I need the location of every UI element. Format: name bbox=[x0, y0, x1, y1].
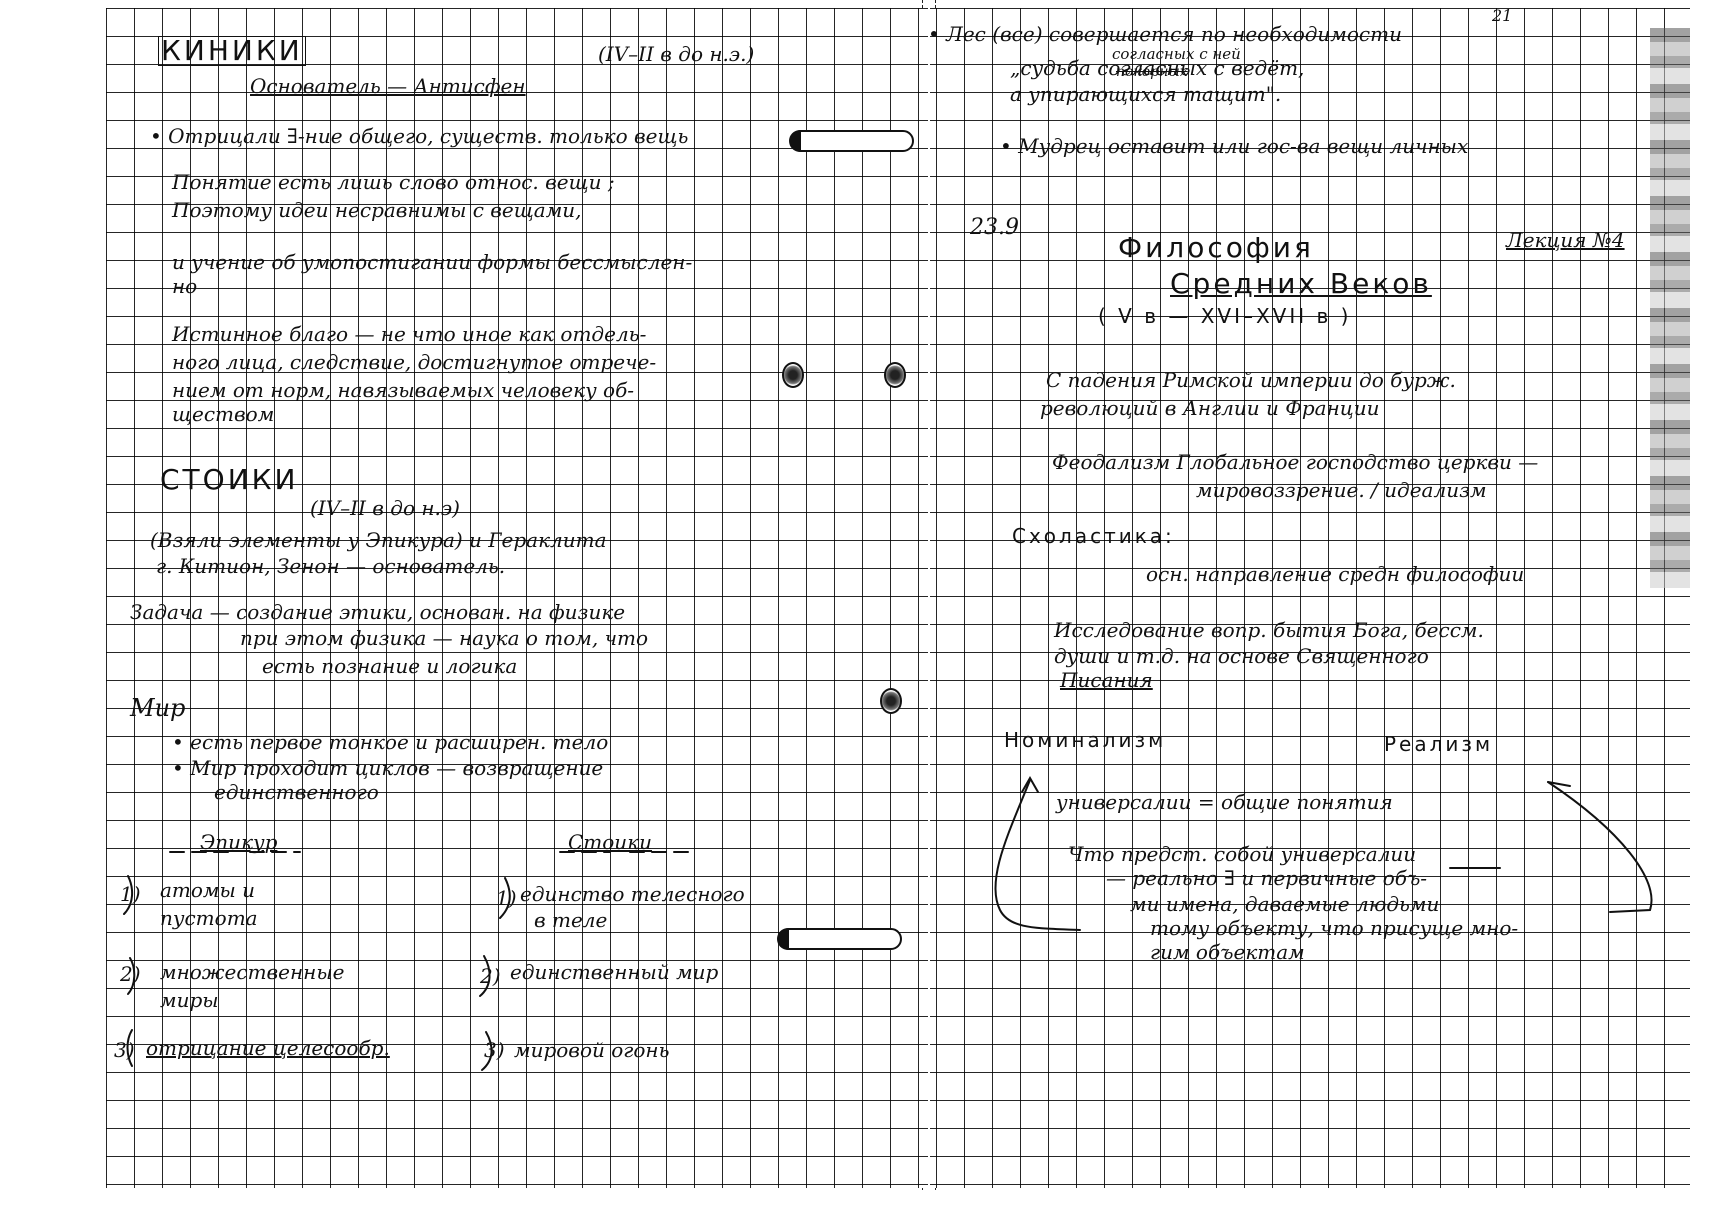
epicurus-item-1-num: 1) bbox=[120, 880, 141, 908]
right-page bbox=[930, 8, 1690, 1188]
cynics-line-2: Понятие есть лишь слово относ. вещи ; bbox=[172, 168, 615, 196]
binder-hole-top bbox=[790, 130, 914, 152]
epicurus-header: Эпикур bbox=[200, 828, 277, 856]
stoics-title: СТОИКИ bbox=[160, 466, 298, 494]
page-number: 21 bbox=[1492, 2, 1512, 30]
lecture-period: ( V в — XVI–XVII в ) bbox=[1098, 302, 1351, 330]
lecture-title-line-1: Философия bbox=[1118, 234, 1314, 262]
stoics-period: (IV–II в до н.э) bbox=[310, 494, 460, 522]
lecture-date: 23.9 bbox=[970, 214, 1019, 242]
nominalism-line-3: — реально ∃ и первичные объ- bbox=[1106, 864, 1427, 892]
stoics-item-3: мировой огонь bbox=[514, 1036, 669, 1064]
scan-shadow-right-edge bbox=[1650, 28, 1690, 588]
epicurus-item-2-num: 2) bbox=[120, 960, 141, 988]
nominalism-line-1: универсалии = общие понятия bbox=[1056, 788, 1393, 816]
cynics-line-6: Истинное благо — не что иное как отдель- bbox=[172, 320, 646, 348]
epicurus-item-3: отрицание целесообр. bbox=[146, 1034, 390, 1062]
stoics-task-3: есть познание и логика bbox=[262, 652, 517, 680]
world-title: Мир bbox=[130, 694, 185, 722]
stoics-item-3-num: 3) bbox=[484, 1036, 505, 1064]
lecture-line-3: Феодализм Глобальное господство церкви — bbox=[1052, 448, 1538, 476]
cynics-line-4: и учение об умопостигании формы бессмысл… bbox=[172, 248, 692, 276]
world-bullet-2-cont: единственного bbox=[214, 778, 379, 806]
punch-hole-left-1 bbox=[782, 362, 804, 388]
epicurus-item-3-num: 3) bbox=[114, 1036, 135, 1064]
epicurus-item-2-cont: миры bbox=[160, 986, 219, 1014]
stoics-task-2: при этом физика — наука о том, что bbox=[240, 624, 648, 652]
punch-hole-right-1 bbox=[884, 362, 906, 388]
stoics-item-1: единство телесного bbox=[520, 880, 745, 908]
stoics-item-2: единственный мир bbox=[510, 958, 718, 986]
binder-hole-bottom bbox=[778, 928, 902, 950]
lecture-line-4: мировоззрение. / идеализм bbox=[1196, 476, 1487, 504]
epicurus-item-2: множественные bbox=[160, 958, 344, 986]
stoics-item-1-cont: в теле bbox=[534, 906, 607, 934]
realism-header: Реализм bbox=[1384, 730, 1493, 758]
stoics-item-2-num: 2) bbox=[480, 962, 501, 990]
lecture-label: Лекция №4 bbox=[1506, 226, 1625, 254]
world-bullet-1: • есть первое тонкое и расширен. тело bbox=[172, 728, 608, 756]
lecture-line-2: революций в Англии и Франции bbox=[1040, 394, 1379, 422]
cynics-line-7: ного лица, следствие, достигнутое отрече… bbox=[172, 348, 656, 376]
stoics-line-2: г. Китион, Зенон — основатель. bbox=[156, 552, 505, 580]
carryover-bullet-2: • Мудрец оставит или гос-ва вещи личных bbox=[1000, 132, 1468, 160]
epicurus-item-1-cont: пустота bbox=[160, 904, 258, 932]
cynics-title: КИНИКИ bbox=[158, 36, 306, 66]
cynics-line-5: но bbox=[172, 272, 197, 300]
scholastics-line-1: осн. направление средн философии bbox=[1146, 560, 1524, 588]
epicurus-item-1: атомы и bbox=[160, 876, 255, 904]
stoics-item-1-num: 1) bbox=[496, 884, 517, 912]
scholastics-line-4: Писания bbox=[1060, 666, 1153, 694]
nominalism-header: Номинализм bbox=[1004, 726, 1166, 754]
cynics-line-3: Поэтому идеи несравнимы с вещами, bbox=[172, 196, 582, 224]
lecture-line-1: С падения Римской империи до бурж. bbox=[1046, 366, 1456, 394]
stoics-task-1: Задача — создание этики, основан. на физ… bbox=[130, 598, 625, 626]
stoics-line-1: (Взяли элементы у Эпикура) и Гераклита bbox=[150, 526, 607, 554]
cynics-line-9: ществом bbox=[172, 400, 274, 428]
punch-hole-right-2 bbox=[880, 688, 902, 714]
carryover-line-3: а упирающихся тащит". bbox=[1010, 80, 1281, 108]
scholastics-line-2: Исследование вопр. бытия Бога, бессм. bbox=[1054, 616, 1484, 644]
scholastics-title: Схоластика: bbox=[1012, 522, 1175, 550]
stoics-header: Стоики bbox=[568, 828, 652, 856]
lecture-title-line-2: Средних Веков bbox=[1170, 270, 1432, 298]
cynics-bullet-1: • Отрицали ∃-ние общего, существ. только… bbox=[150, 122, 688, 150]
cynics-founder: Основатель — Антисфен bbox=[250, 72, 526, 100]
nominalism-line-6: гим объектам bbox=[1150, 938, 1305, 966]
cynics-period: (IV–II в до н.э.) bbox=[598, 40, 754, 68]
